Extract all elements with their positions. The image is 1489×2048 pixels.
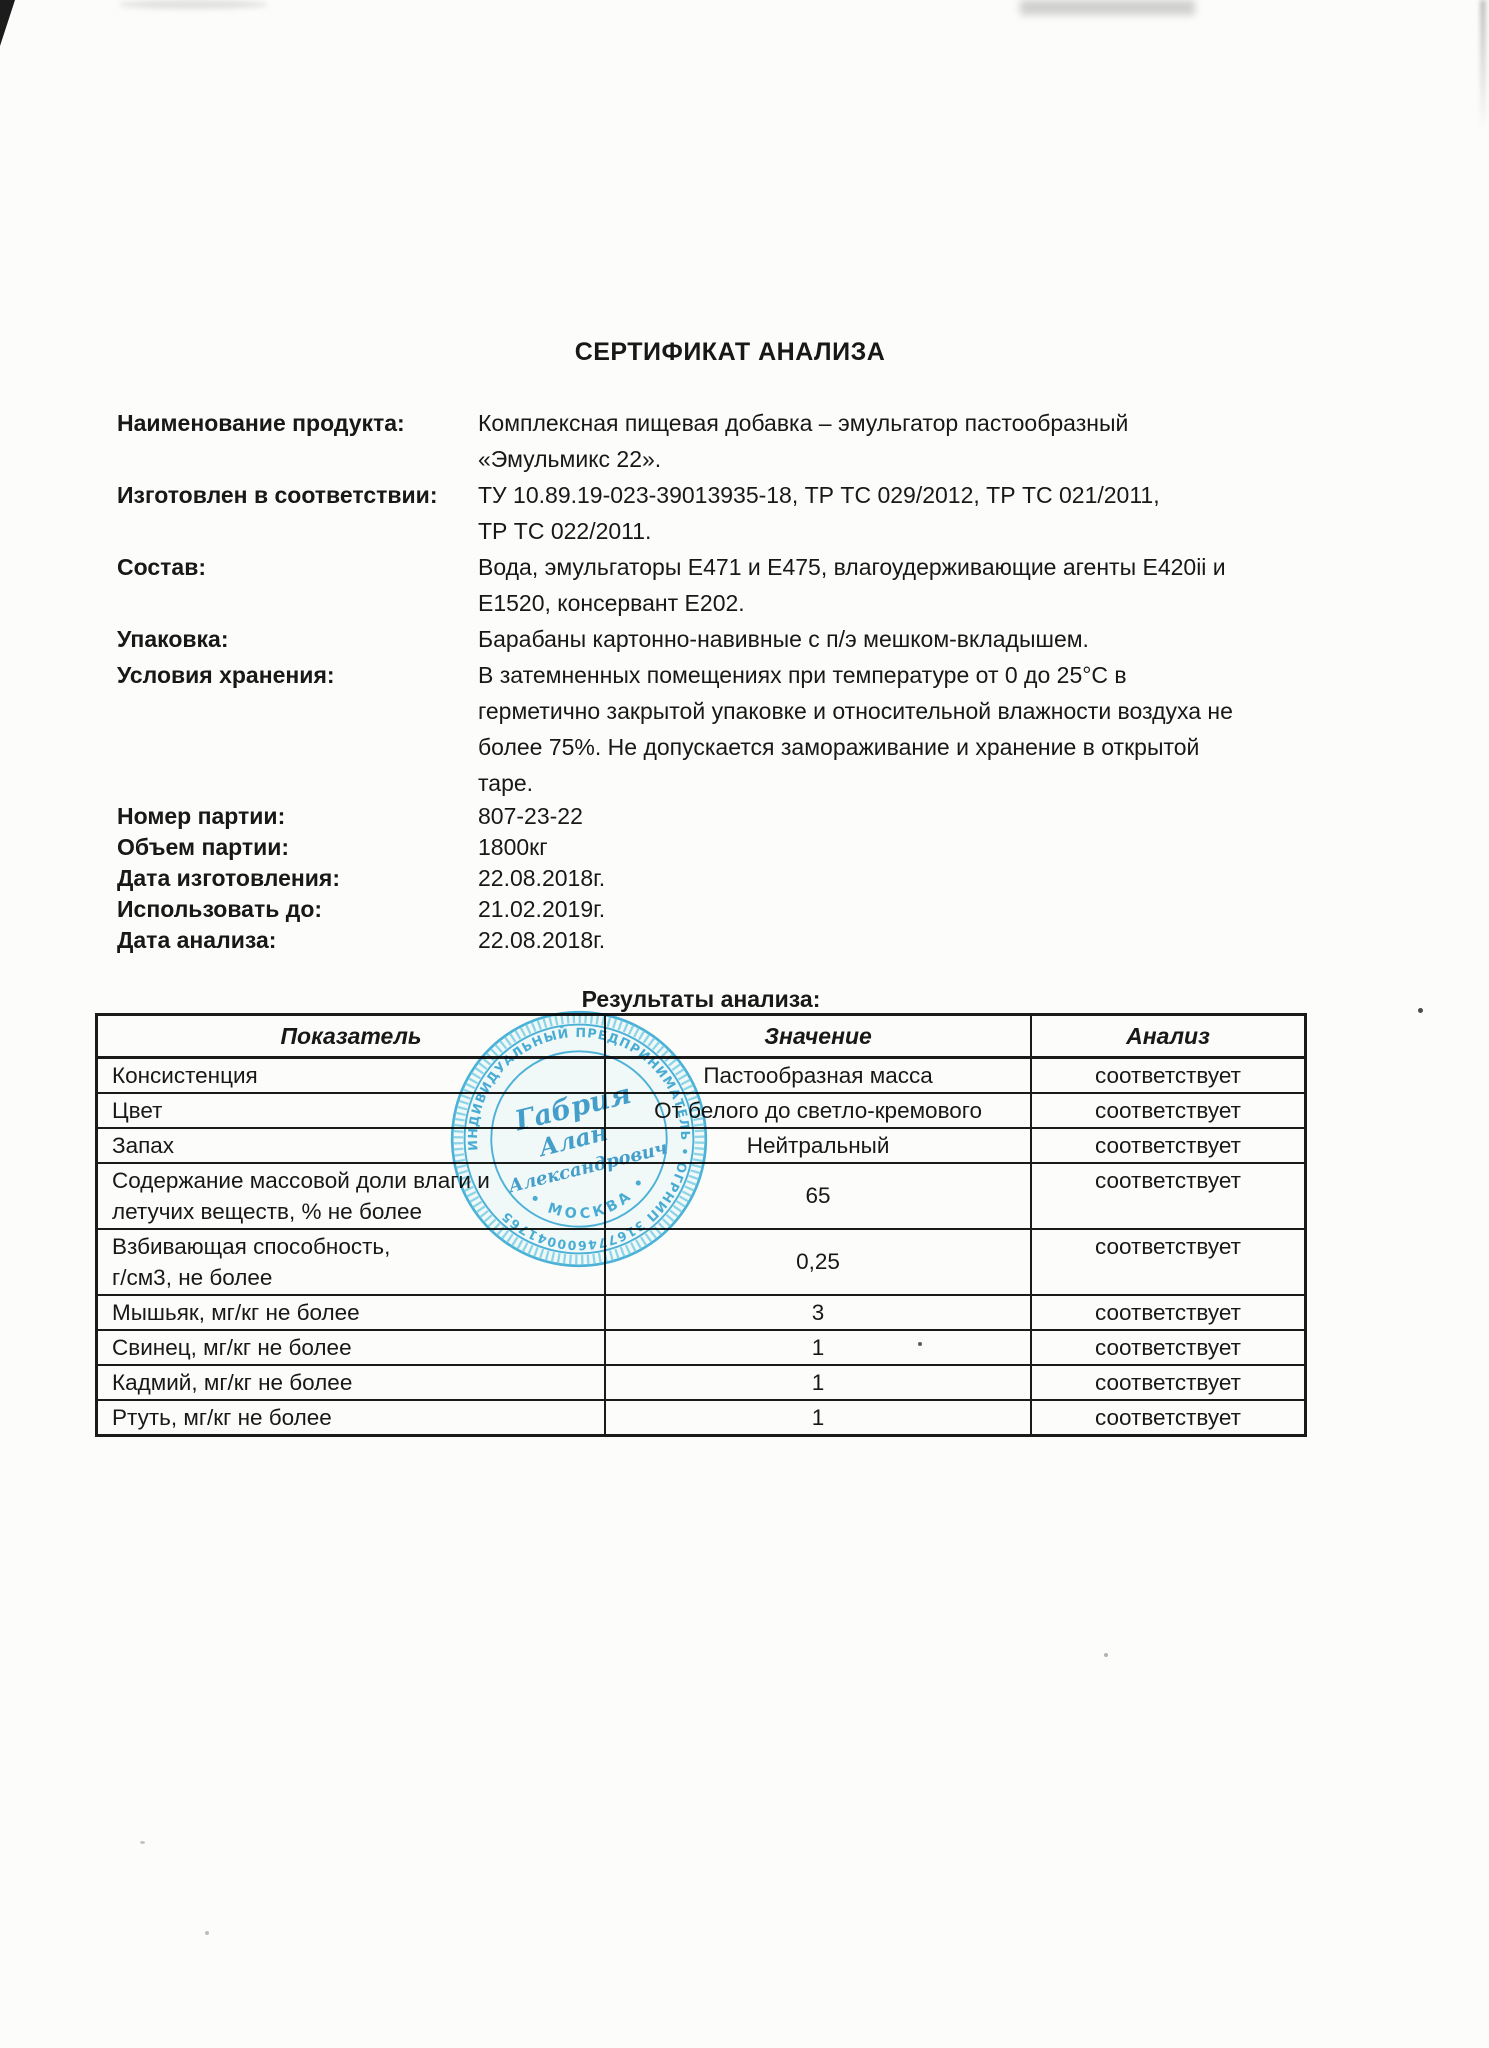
field-label: Использовать до: [117, 894, 478, 925]
field-value-line: 21.02.2019г. [478, 894, 1407, 925]
field-value: 22.08.2018г. [478, 863, 1407, 894]
field-label: Дата анализа: [117, 925, 478, 956]
field-value: 807-23-22 [478, 801, 1407, 832]
analysis-cell: соответствует [1031, 1330, 1306, 1365]
field-label: Состав: [117, 549, 478, 585]
field-label: Номер партии: [117, 801, 478, 832]
analysis-cell: соответствует [1031, 1229, 1306, 1295]
field-row: Использовать до:21.02.2019г. [117, 894, 1407, 925]
value-cell: 1 [605, 1330, 1031, 1365]
scan-speck [1418, 1008, 1423, 1013]
field-value: Вода, эмульгаторы Е471 и Е475, влагоудер… [478, 549, 1407, 621]
field-value-line: герметично закрытой упаковке и относител… [478, 693, 1407, 729]
indicator-line: Свинец, мг/кг не более [112, 1332, 596, 1363]
field-value-line: Вода, эмульгаторы Е471 и Е475, влагоудер… [478, 549, 1407, 585]
field-value: Комплексная пищевая добавка – эмульгатор… [478, 405, 1407, 477]
field-row: Состав:Вода, эмульгаторы Е471 и Е475, вл… [117, 549, 1407, 621]
field-value-line: В затемненных помещениях при температуре… [478, 657, 1407, 693]
analysis-cell: соответствует [1031, 1365, 1306, 1400]
indicator-cell: Свинец, мг/кг не более [97, 1330, 606, 1365]
indicator-line: Мышьяк, мг/кг не более [112, 1297, 596, 1328]
field-label: Наименование продукта: [117, 405, 478, 441]
field-value-line: Е1520, консервант Е202. [478, 585, 1407, 621]
scan-artifact [0, 0, 15, 46]
table-row: Ртуть, мг/кг не более1соответствует [97, 1400, 1306, 1436]
scan-artifact [118, 0, 268, 9]
analysis-cell: соответствует [1031, 1163, 1306, 1229]
field-value-line: более 75%. Не допускается замораживание … [478, 729, 1407, 765]
field-value-line: ТУ 10.89.19-023-39013935-18, ТР ТС 029/2… [478, 477, 1407, 513]
analysis-cell: соответствует [1031, 1295, 1306, 1330]
scan-artifact [1020, 0, 1195, 15]
field-row: Наименование продукта:Комплексная пищева… [117, 405, 1407, 477]
scanned-certificate-page: СЕРТИФИКАТ АНАЛИЗА Наименование продукта… [0, 0, 1489, 2048]
scan-artifact [1480, 0, 1486, 130]
field-value-line: 22.08.2018г. [478, 925, 1407, 956]
field-label: Условия хранения: [117, 657, 478, 693]
indicator-line: Ртуть, мг/кг не более [112, 1402, 596, 1433]
field-value: Барабаны картонно-навивные с п/э мешком-… [478, 621, 1407, 657]
field-row: Упаковка:Барабаны картонно-навивные с п/… [117, 621, 1407, 657]
field-label: Объем партии: [117, 832, 478, 863]
field-value-line: таре. [478, 765, 1407, 801]
table-row: Мышьяк, мг/кг не более3соответствует [97, 1295, 1306, 1330]
field-value-line: 22.08.2018г. [478, 863, 1407, 894]
field-row: Номер партии:807-23-22 [117, 801, 1407, 832]
product-fields: Наименование продукта:Комплексная пищева… [117, 405, 1407, 956]
indicator-cell: Мышьяк, мг/кг не более [97, 1295, 606, 1330]
analysis-cell: соответствует [1031, 1400, 1306, 1436]
value-cell: 1 [605, 1365, 1031, 1400]
field-value: 22.08.2018г. [478, 925, 1407, 956]
table-row: Свинец, мг/кг не более1соответствует [97, 1330, 1306, 1365]
field-value-line: 1800кг [478, 832, 1407, 863]
value-cell: 3 [605, 1295, 1031, 1330]
field-row: Условия хранения:В затемненных помещения… [117, 657, 1407, 801]
field-value: 21.02.2019г. [478, 894, 1407, 925]
document-title: СЕРТИФИКАТ АНАЛИЗА [0, 338, 1460, 367]
scan-speck [140, 1841, 145, 1844]
field-label: Изготовлен в соответствии: [117, 477, 478, 513]
indicator-cell: Кадмий, мг/кг не более [97, 1365, 606, 1400]
field-value-line: Комплексная пищевая добавка – эмульгатор… [478, 405, 1407, 441]
table-row: Кадмий, мг/кг не более1соответствует [97, 1365, 1306, 1400]
value-cell: 1 [605, 1400, 1031, 1436]
entrepreneur-round-stamp: ИНДИВИДУАЛЬНЫЙ ПРЕДПРИНИМАТЕЛЬ • ОГРНИП … [413, 973, 744, 1304]
scan-speck [1104, 1653, 1108, 1657]
indicator-cell: Ртуть, мг/кг не более [97, 1400, 606, 1436]
analysis-cell: соответствует [1031, 1128, 1306, 1163]
field-value: В затемненных помещениях при температуре… [478, 657, 1407, 801]
field-row: Объем партии:1800кг [117, 832, 1407, 863]
indicator-line: Кадмий, мг/кг не более [112, 1367, 596, 1398]
field-value-line: 807-23-22 [478, 801, 1407, 832]
scan-speck [205, 1931, 209, 1935]
column-header: Анализ [1031, 1015, 1306, 1058]
field-label: Дата изготовления: [117, 863, 478, 894]
field-label: Упаковка: [117, 621, 478, 657]
stamp-ink: ИНДИВИДУАЛЬНЫЙ ПРЕДПРИНИМАТЕЛЬ • ОГРНИП … [432, 992, 726, 1286]
field-row: Дата изготовления:22.08.2018г. [117, 863, 1407, 894]
field-row: Изготовлен в соответствии:ТУ 10.89.19-02… [117, 477, 1407, 549]
field-row: Дата анализа:22.08.2018г. [117, 925, 1407, 956]
field-value-line: ТР ТС 022/2011. [478, 513, 1407, 549]
field-value: 1800кг [478, 832, 1407, 863]
analysis-cell: соответствует [1031, 1093, 1306, 1128]
field-value-line: «Эмульмикс 22». [478, 441, 1407, 477]
analysis-cell: соответствует [1031, 1058, 1306, 1094]
field-value-line: Барабаны картонно-навивные с п/э мешком-… [478, 621, 1407, 657]
field-value: ТУ 10.89.19-023-39013935-18, ТР ТС 029/2… [478, 477, 1407, 549]
